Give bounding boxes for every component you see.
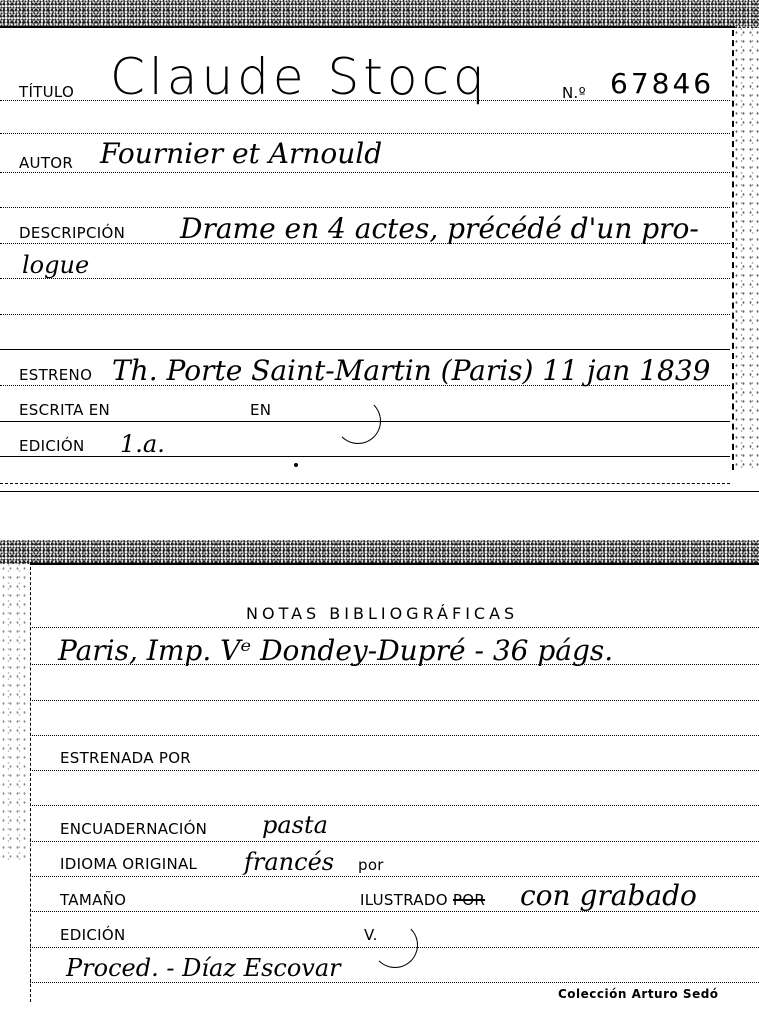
rule [0,483,730,484]
scan-noise-middle [0,540,759,564]
value-idioma-original: francés [244,850,334,874]
card-back-left-edge [30,562,32,1002]
value-procedencia: Proced. - Díaz Escovar [66,956,341,980]
scan-noise-left [0,564,30,864]
value-edicion: 1.a. [120,432,165,456]
label-autor: AUTOR [19,156,73,171]
value-descripcion-cont: logue [22,253,89,277]
rule-edicion [0,456,730,457]
value-encuadernacion: pasta [262,813,328,837]
scan-noise-right [733,28,759,468]
card-separator [0,491,759,492]
rule-autor [0,172,730,173]
label-edicion: EDICIÓN [19,439,84,454]
rule [0,133,730,134]
value-titulo: Claude Stocq [110,52,489,102]
rule-titulo [0,100,730,101]
heading-notas-bibliograficas: NOTAS BIBLIOGRÁFICAS [246,606,518,622]
label-ilustrado: ILUSTRADO POR [360,893,485,908]
label-tamano: TAMAÑO [60,893,126,908]
rule-escrita-en [0,421,730,422]
value-descripcion: Drame en 4 actes, précédé d'un pro- [180,215,699,243]
rule-tamano [30,911,759,912]
rule [0,278,730,279]
value-autor: Fournier et Arnould [100,140,382,168]
label-idioma-original: IDIOMA ORIGINAL [60,857,197,872]
rule-idioma-original [30,876,759,877]
label-descripcion: DESCRIPCIÓN [19,226,125,241]
label-estrenada-por: ESTRENADA POR [60,751,191,766]
card-front-top-edge [0,26,735,28]
rule [0,207,730,208]
rule-notas [30,664,759,665]
value-ilustrado: con grabado [520,882,697,910]
label-estreno: ESTRENO [19,368,92,383]
rule-estrenada-por [30,770,759,771]
label-numero: N.º [562,86,586,101]
ink-mark [372,922,418,968]
rule [30,700,759,701]
value-notas: Paris, Imp. Vᵉ Dondey-Dupré - 36 págs. [58,637,613,665]
scan-noise-top [0,0,759,28]
label-idioma-por: por [358,858,384,873]
rule-estreno [0,385,730,386]
label-ilustrado-text: ILUSTRADO [360,891,448,909]
value-numero: 67846 [610,70,714,98]
rule [30,805,759,806]
rule-procedencia [30,982,759,983]
rule-encuadernacion [30,841,759,842]
collection-credit: Colección Arturo Sedó [558,987,719,1001]
label-encuadernacion: ENCUADERNACIÓN [60,822,207,837]
rule [0,314,730,315]
label-escrita-en: ESCRITA EN [19,403,110,418]
value-estreno: Th. Porte Saint-Martin (Paris) 11 jan 18… [112,357,710,385]
rule [30,735,759,736]
label-escrita-en-2: EN [250,403,271,418]
card-back-top-edge [30,563,759,565]
rule [0,349,730,350]
card-front-right-edge [732,30,735,470]
rule-descripcion [0,243,730,244]
label-titulo: TÍTULO [19,85,74,100]
label-edicion-back: EDICIÓN [60,928,125,943]
rule-edicion-back [30,947,759,948]
ink-dot [294,463,298,467]
rule [30,627,759,628]
label-ilustrado-struck: POR [453,891,485,909]
